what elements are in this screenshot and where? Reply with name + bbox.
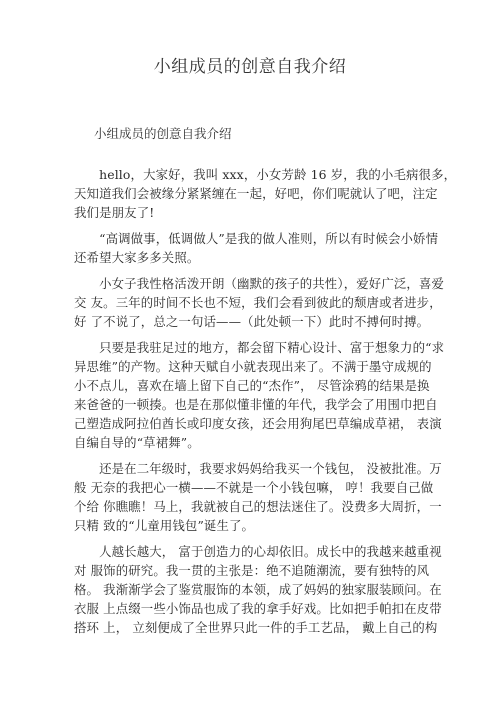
text-line: 自编自导的“草裙舞”。: [74, 433, 430, 452]
paragraph-3: 小女子我性格活泼开朗（幽默的孩子的共性），爱好广泛，喜爱 交 友。三年的时间不长…: [74, 274, 430, 331]
paragraph-5: 还是在二年级时，我要求妈妈给我买一个钱包， 没被批准。万 般 无奈的我把心一横—…: [74, 459, 430, 535]
text-line: 还是在二年级时，我要求妈妈给我买一个钱包， 没被批准。万: [74, 459, 430, 478]
text-line: 对 服饰的研究。我一贯的主张是：绝不追随潮流，要有独特的风: [74, 561, 430, 580]
text-line: 己塑造成阿拉伯酋长或印度女孩，还会用狗尾巴草编成草裙， 表演: [74, 414, 430, 433]
text-line: 格。 我渐渐学会了鉴赏服饰的本领，成了妈妈的独家服装顾问。在: [74, 580, 430, 599]
paragraph-2: “高调做事，低调做人”是我的做人准则，所以有时候会小娇情 还希望大家多多关照。: [74, 229, 430, 267]
text-line: 天知道我们会被缘分紧紧缠在一起，好吧，你们呢就认了吧，注定: [74, 184, 430, 203]
text-line: 搭环 上， 立刻便成了全世界只此一件的手工艺品， 戴上自己的构: [74, 618, 430, 637]
text-line: hello，大家好，我叫 xxx，小女芳龄 16 岁，我的小毛病很多，: [74, 165, 430, 184]
text-line: 只精 致的“儿童用钱包”诞生了。: [74, 516, 430, 535]
text-line: “高调做事，低调做人”是我的做人准则，所以有时候会小娇情: [74, 229, 430, 248]
text-line: 只要是我驻足过的地方，都会留下精心设计、富于想象力的“求: [74, 338, 430, 357]
text-line: 来爸爸的一顿揍。也是在那似懂非懂的年代，我学会了用围巾把自: [74, 395, 430, 414]
text-line: 交 友。三年的时间不长也不短，我们会看到彼此的颓唐或者进步，: [74, 293, 430, 312]
document-body: hello，大家好，我叫 xxx，小女芳龄 16 岁，我的小毛病很多， 天知道我…: [74, 165, 430, 644]
paragraph-4: 只要是我驻足过的地方，都会留下精心设计、富于想象力的“求 异思维”的产物。这种天…: [74, 338, 430, 452]
text-line: 人越长越大， 富于创造力的心却依旧。成长中的我越来越重视: [74, 542, 430, 561]
paragraph-1: hello，大家好，我叫 xxx，小女芳龄 16 岁，我的小毛病很多， 天知道我…: [74, 165, 430, 222]
text-line: 异思维”的产物。这种天赋自小就表现出来了。不满于墨守成规的: [74, 357, 430, 376]
text-line: 小不点儿，喜欢在墙上留下自己的“杰作”， 尽管涂鸦的结果是换: [74, 376, 430, 395]
text-line: 个给 你瞧瞧！马上，我就被自己的想法迷住了。没费多大周折，一: [74, 497, 430, 516]
text-line: 我们是朋友了!: [74, 203, 430, 222]
text-line: 般 无奈的我把心一横——不就是一个小钱包嘛， 哼！我要自己做: [74, 478, 430, 497]
text-line: 衣服 上点缀一些小饰品也成了我的拿手好戏。比如把手帕扣在皮带: [74, 599, 430, 618]
text-line: 小女子我性格活泼开朗（幽默的孩子的共性），爱好广泛，喜爱: [74, 274, 430, 293]
paragraph-6: 人越长越大， 富于创造力的心却依旧。成长中的我越来越重视 对 服饰的研究。我一贯…: [74, 542, 430, 637]
text-line: 好 了不说了，总之一句话——（此处顿一下）此时不搏何时搏。: [74, 312, 430, 331]
document-title: 小组成员的创意自我介绍: [0, 52, 500, 77]
document-subtitle: 小组成员的创意自我介绍: [94, 124, 232, 142]
text-line: 还希望大家多多关照。: [74, 248, 430, 267]
